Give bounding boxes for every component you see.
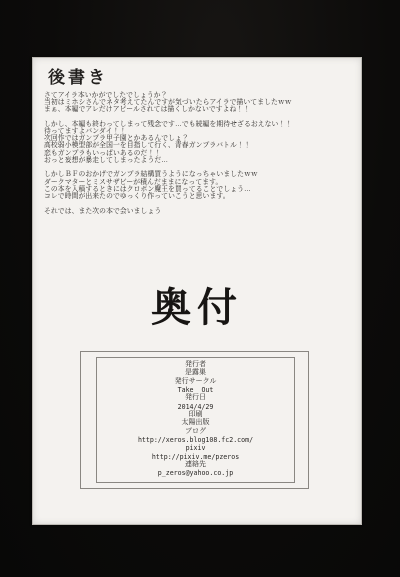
colophon-label: ブログ: [97, 428, 294, 436]
colophon-outer-box: 発行者是露巣発行サークルTake Out発行日2014/4/29印刷太陽出版ブロ…: [80, 351, 309, 489]
colophon-value: http://xeros.blog108.fc2.com/: [97, 436, 294, 444]
afterword-line: それでは、また次の本で会いましょう: [44, 208, 356, 215]
colophon-value: p_zeros@yahoo.co.jp: [97, 469, 294, 477]
afterword-paragraph: しかし、本編も終わってしまって残念です…でも続編を期待せざるおえない！！待ってま…: [44, 121, 356, 164]
scan-background: { "colors": { "background": "#0c0b0a", "…: [0, 0, 400, 577]
afterword-line: 高校弱小模型部が全国一を目指して行く、青春ガンプラバトル！！: [44, 142, 356, 149]
afterword-line: おっと妄想が暴走してしまったようだ…: [44, 157, 356, 164]
colophon-value: 太陽出版: [97, 419, 294, 427]
colophon-label: 連絡先: [97, 461, 294, 469]
afterword-paragraph: しかしＢＦのおかげでガンプラ結構買うようになっちゃいましたｗｗダークマターとミス…: [44, 171, 356, 200]
colophon-value: 2014/4/29: [97, 403, 294, 411]
colophon-label: 発行日: [97, 394, 294, 402]
afterword-line: しかしＢＦのおかげでガンプラ結構買うようになっちゃいましたｗｗ: [44, 171, 356, 178]
afterword-paragraph: さてアイラ本いかがでしたでしょうか？当初はミホシさんでネタ考えてたんですが気づい…: [44, 92, 356, 113]
afterword-line: この本を入稿するときにはクロボン魔王を買ってることでしょう…: [44, 186, 356, 193]
colophon-value: 是露巣: [97, 369, 294, 377]
scanned-page: 後書き さてアイラ本いかがでしたでしょうか？当初はミホシさんでネタ考えてたんです…: [32, 57, 362, 525]
afterword-line: コレで時間が出来たのでゆっくり作っていこうと思います。: [44, 193, 356, 200]
colophon-title: 奥付: [32, 276, 362, 333]
afterword-line: まぁ、本編でアレだけアピールされては描くしかないですよね！！: [44, 106, 356, 113]
colophon-value: http://pixiv.me/pzeros: [97, 453, 294, 461]
afterword-line: 恋もガンプラもいっぱいあるのだ！！: [44, 150, 356, 157]
afterword-line: ダークマターとミスサザビーが積んだままになってます。: [44, 179, 356, 186]
colophon-label: pixiv: [97, 444, 294, 452]
colophon-label: 発行サークル: [97, 378, 294, 386]
afterword-title: 後書き: [48, 63, 108, 88]
colophon-inner-box: 発行者是露巣発行サークルTake Out発行日2014/4/29印刷太陽出版ブロ…: [96, 357, 295, 483]
afterword-body: さてアイラ本いかがでしたでしょうか？当初はミホシさんでネタ考えてたんですが気づい…: [44, 92, 356, 222]
afterword-paragraph: それでは、また次の本で会いましょう: [44, 208, 356, 215]
